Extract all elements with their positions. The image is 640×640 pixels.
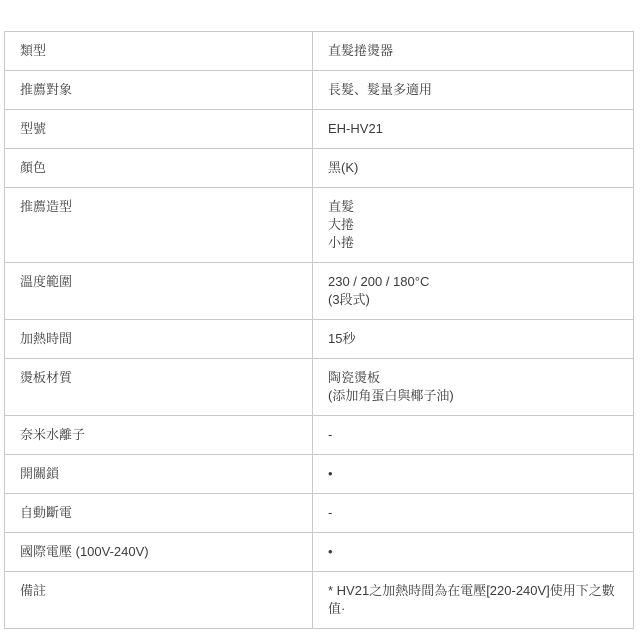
spec-label: 推薦造型 (5, 188, 313, 263)
spec-value: 直髮 大捲 小捲 (313, 188, 634, 263)
spec-row-auto-power-off: 自動斷電 - (5, 494, 634, 533)
spec-value: • (313, 455, 634, 494)
spec-label: 備註 (5, 572, 313, 629)
spec-value: • (313, 533, 634, 572)
spec-label: 溫度範圍 (5, 263, 313, 320)
spec-row-heatup-time: 加熱時間 15秒 (5, 320, 634, 359)
spec-label: 類型 (5, 32, 313, 71)
spec-label: 顏色 (5, 149, 313, 188)
spec-value: 15秒 (313, 320, 634, 359)
spec-row-plate-material: 燙板材質 陶瓷燙板 (添加角蛋白與椰子油) (5, 359, 634, 416)
spec-value: EH-HV21 (313, 110, 634, 149)
spec-row-worldwide-voltage: 國際電壓 (100V-240V) • (5, 533, 634, 572)
spec-label: 燙板材質 (5, 359, 313, 416)
spec-row-recommended-for: 推薦對象 長髮、髮量多適用 (5, 71, 634, 110)
spec-row-type: 類型 直髮捲燙器 (5, 32, 634, 71)
spec-value: - (313, 494, 634, 533)
spec-label: 型號 (5, 110, 313, 149)
spec-table-container: 類型 直髮捲燙器 推薦對象 長髮、髮量多適用 型號 EH-HV21 顏色 黑(K… (4, 31, 633, 629)
spec-label: 自動斷電 (5, 494, 313, 533)
spec-label: 加熱時間 (5, 320, 313, 359)
spec-value: 陶瓷燙板 (添加角蛋白與椰子油) (313, 359, 634, 416)
spec-label: 推薦對象 (5, 71, 313, 110)
spec-label: 國際電壓 (100V-240V) (5, 533, 313, 572)
spec-row-recommended-styles: 推薦造型 直髮 大捲 小捲 (5, 188, 634, 263)
spec-row-color: 顏色 黑(K) (5, 149, 634, 188)
spec-value: - (313, 416, 634, 455)
spec-value: 黑(K) (313, 149, 634, 188)
spec-value: 230 / 200 / 180°C (3段式) (313, 263, 634, 320)
spec-label: 奈米水離子 (5, 416, 313, 455)
spec-value: 長髮、髮量多適用 (313, 71, 634, 110)
spec-row-nano-ion: 奈米水離子 - (5, 416, 634, 455)
spec-row-remarks: 備註 * HV21之加熱時間為在電壓[220-240V]使用下之數值· (5, 572, 634, 629)
spec-label: 開關鎖 (5, 455, 313, 494)
spec-row-model: 型號 EH-HV21 (5, 110, 634, 149)
spec-row-temperature-range: 溫度範圍 230 / 200 / 180°C (3段式) (5, 263, 634, 320)
spec-value: 直髮捲燙器 (313, 32, 634, 71)
spec-value: * HV21之加熱時間為在電壓[220-240V]使用下之數值· (313, 572, 634, 629)
spec-row-switch-lock: 開關鎖 • (5, 455, 634, 494)
product-spec-table: 類型 直髮捲燙器 推薦對象 長髮、髮量多適用 型號 EH-HV21 顏色 黑(K… (4, 31, 634, 629)
